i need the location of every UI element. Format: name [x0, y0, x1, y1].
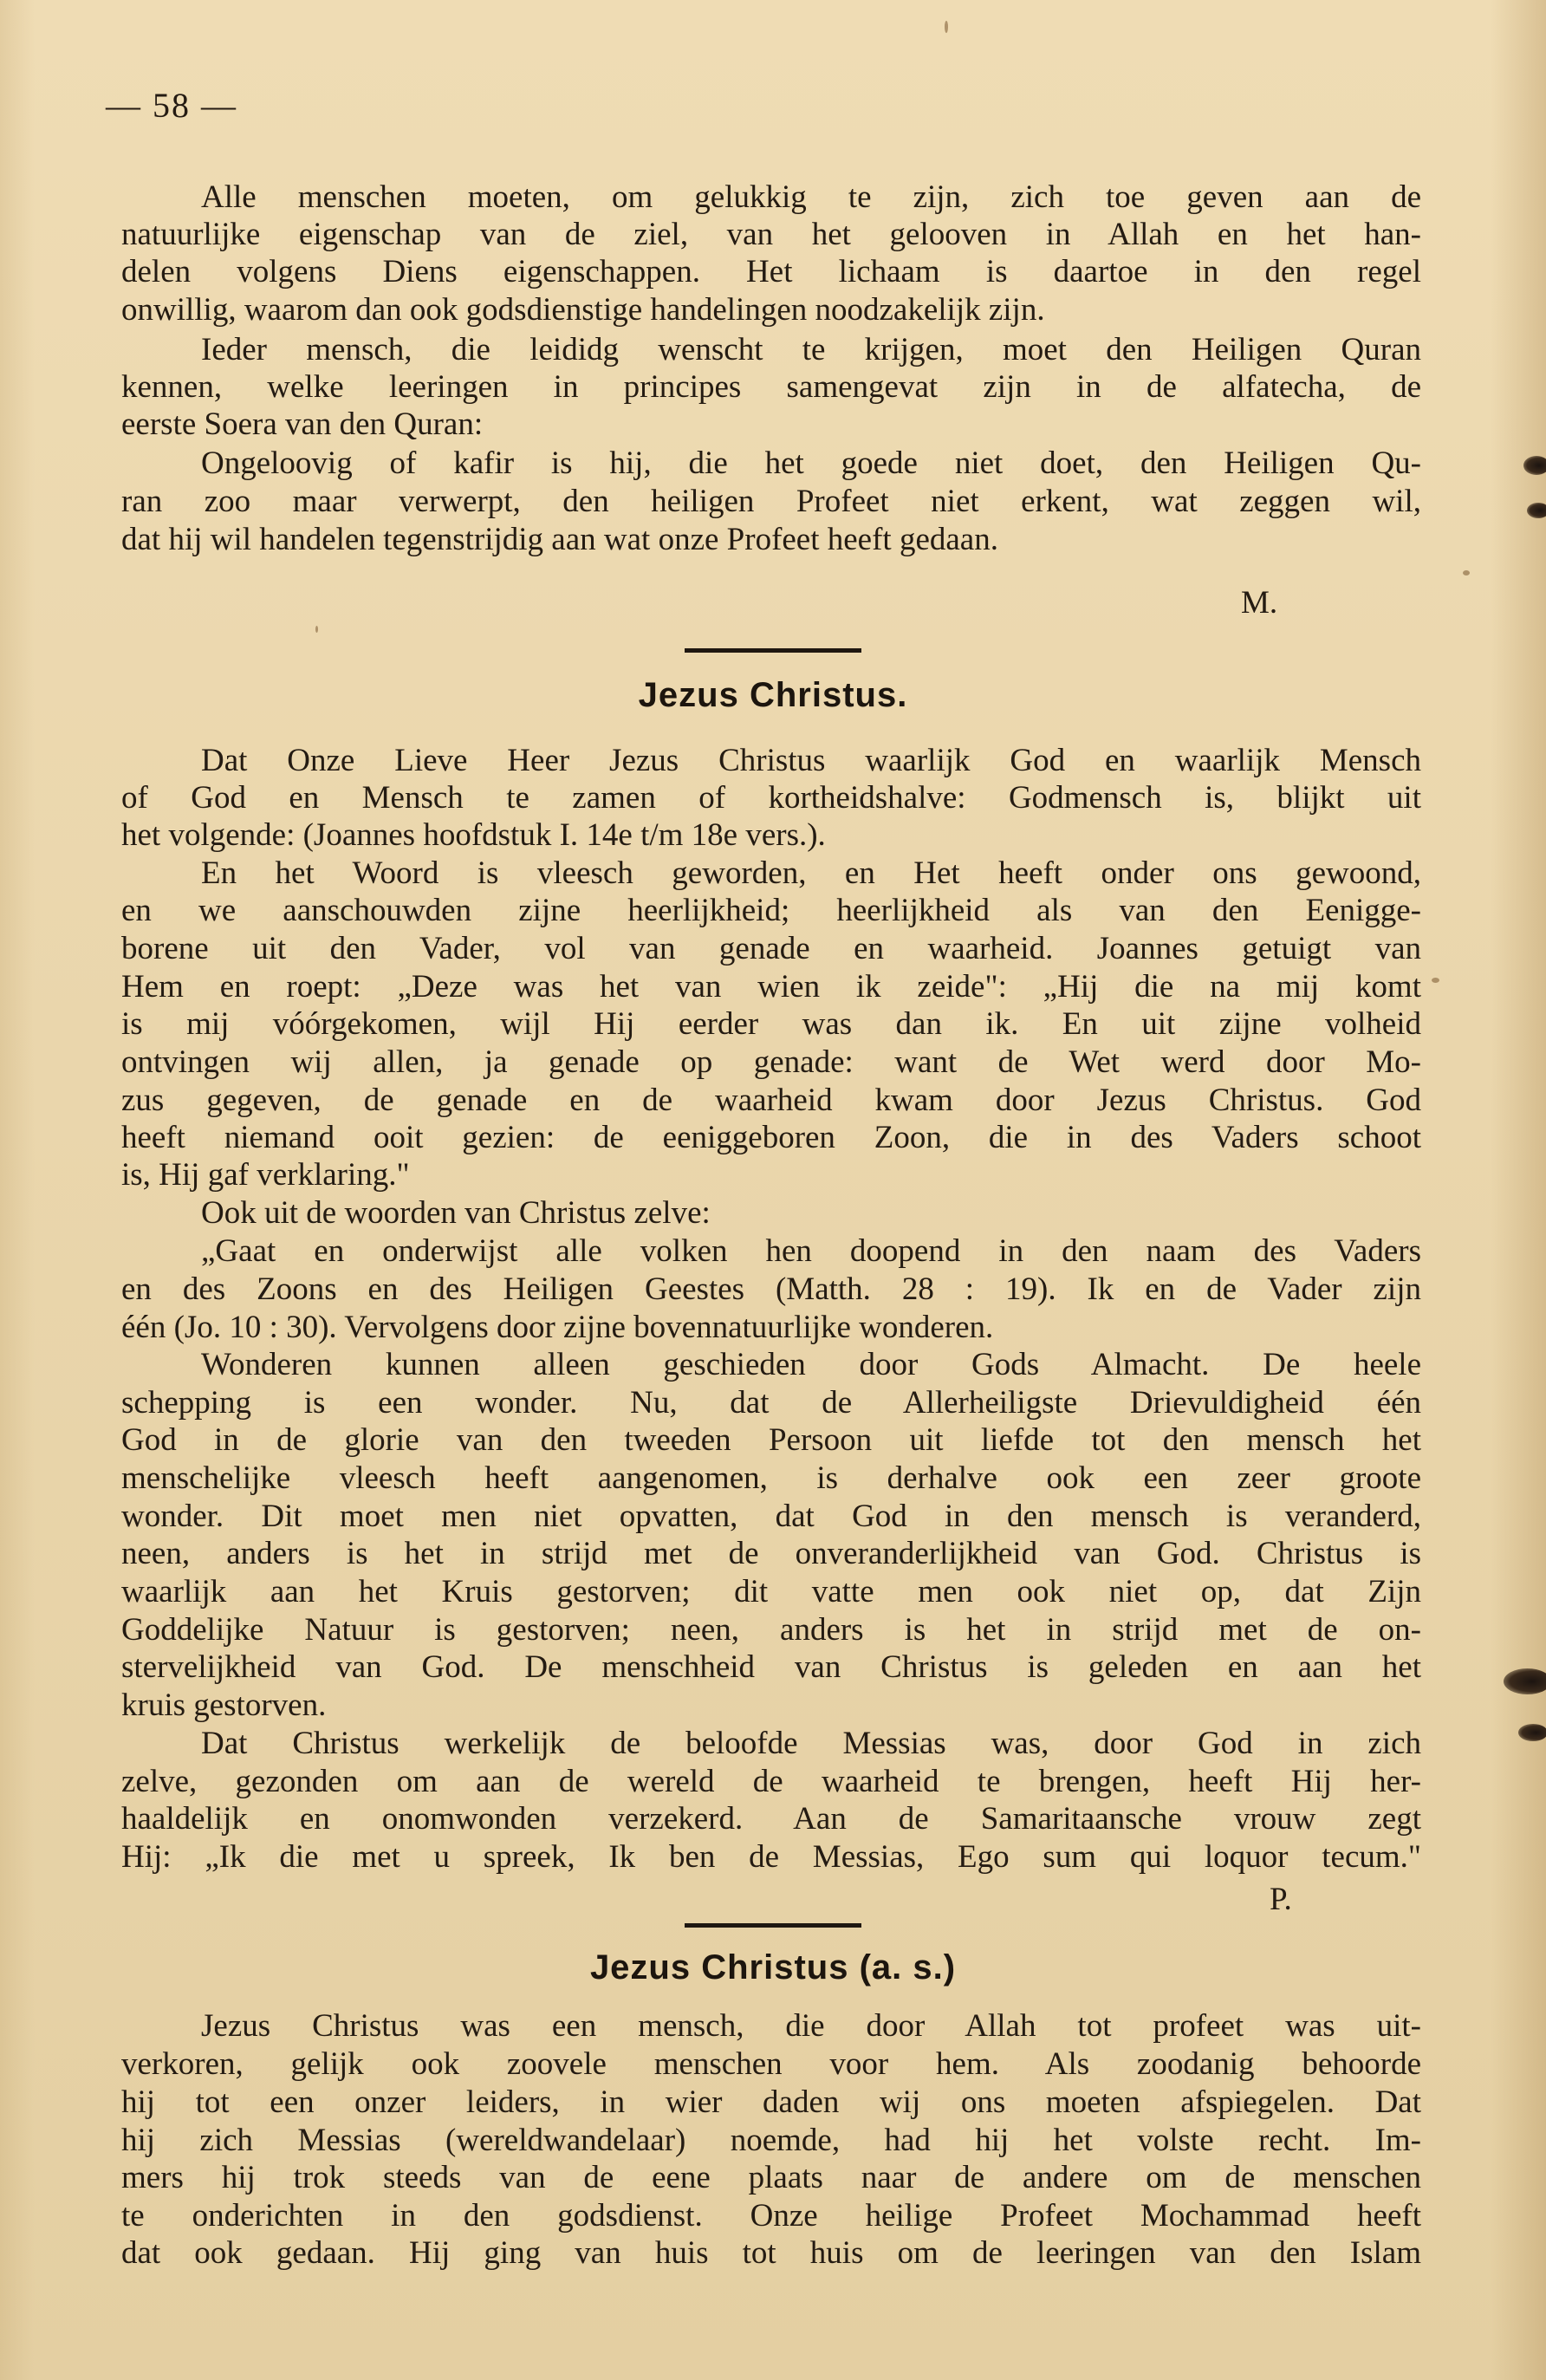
- ink-blot: [1518, 1724, 1546, 1741]
- text-line: God in de glorie van den tweeden Persoon…: [121, 1421, 1421, 1460]
- text-line: Jezus Christus was een mensch, die door …: [201, 2007, 1421, 2045]
- text-line: Goddelijke Natuur is gestorven; neen, an…: [121, 1611, 1421, 1649]
- text-line: stervelijkheid van God. De menschheid va…: [121, 1648, 1421, 1687]
- text-line: te onderichten in den godsdienst. Onze h…: [121, 2197, 1421, 2235]
- text-line: is, Hij gaf verklaring.": [121, 1156, 1421, 1194]
- text-line: waarlijk aan het Kruis gestorven; dit va…: [121, 1573, 1421, 1611]
- text-line: of God en Mensch te zamen of kortheidsha…: [121, 779, 1421, 817]
- paper-speck: [1463, 570, 1470, 575]
- text-line: En het Woord is vleesch geworden, en Het…: [201, 855, 1421, 893]
- text-line: heeft niemand ooit gezien: de eeniggebor…: [121, 1119, 1421, 1157]
- section-title: Jezus Christus (a. s.): [0, 1948, 1546, 1987]
- text-line: neen, anders is het in strijd met de onv…: [121, 1535, 1421, 1573]
- text-line: zelve, gezonden om aan de wereld de waar…: [121, 1763, 1421, 1801]
- text-line: haaldelijk en onomwonden verzekerd. Aan …: [121, 1800, 1421, 1838]
- ink-blot: [1523, 456, 1546, 475]
- text-line: ontvingen wij allen, ja genade op genade…: [121, 1044, 1421, 1082]
- author-signature-p: P.: [1270, 1881, 1292, 1918]
- text-line: delen volgens Diens eigenschappen. Het l…: [121, 253, 1421, 291]
- text-line: mers hij trok steeds van de eene plaats …: [121, 2159, 1421, 2197]
- author-signature-m: M.: [1241, 584, 1277, 621]
- text-line: dat ook gedaan. Hij ging van huis tot hu…: [121, 2234, 1421, 2273]
- text-line: Hem en roept: „Deze was het van wien ik …: [121, 968, 1421, 1006]
- text-line: Ongeloovig of kafir is hij, die het goed…: [201, 445, 1421, 483]
- text-line: Wonderen kunnen alleen geschieden door G…: [201, 1346, 1421, 1384]
- section-divider: [685, 1923, 861, 1928]
- text-line: menschelijke vleesch heeft aangenomen, i…: [121, 1460, 1421, 1498]
- text-line: wonder. Dit moet men niet opvatten, dat …: [121, 1498, 1421, 1536]
- text-line: Ieder mensch, die leididg wenscht te kri…: [201, 331, 1421, 369]
- section-title: Jezus Christus.: [0, 676, 1546, 715]
- text-line: zus gegeven, de genade en de waarheid kw…: [121, 1082, 1421, 1120]
- text-line: Dat Christus werkelijk de beloofde Messi…: [201, 1725, 1421, 1763]
- text-line: ran zoo maar verwerpt, den heiligen Prof…: [121, 483, 1421, 521]
- text-line: „Gaat en onderwijst alle volken hen doop…: [201, 1232, 1421, 1271]
- paper-speck: [945, 21, 948, 33]
- text-line: onwillig, waarom dan ook godsdienstige h…: [121, 291, 1421, 329]
- text-line: Dat Onze Lieve Heer Jezus Christus waarl…: [201, 742, 1421, 780]
- text-line: Alle menschen moeten, om gelukkig te zij…: [201, 179, 1421, 217]
- text-line: is mij vóórgekomen, wijl Hij eerder was …: [121, 1005, 1421, 1044]
- text-line: kennen, welke leeringen in principes sam…: [121, 368, 1421, 406]
- text-line: eerste Soera van den Quran:: [121, 406, 1421, 444]
- text-line: natuurlijke eigenschap van de ziel, van …: [121, 216, 1421, 254]
- paper-speck: [315, 626, 318, 633]
- ink-blot: [1504, 1668, 1546, 1694]
- text-line: hij zich Messias (wereldwandelaar) noemd…: [121, 2122, 1421, 2160]
- text-line: en des Zoons en des Heiligen Geestes (Ma…: [121, 1271, 1421, 1309]
- text-line: één (Jo. 10 : 30). Vervolgens door zijne…: [121, 1309, 1421, 1347]
- text-line: het volgende: (Joannes hoofdstuk I. 14e …: [121, 816, 1421, 855]
- text-line: dat hij wil handelen tegenstrijdig aan w…: [121, 521, 1421, 559]
- ink-blot: [1527, 503, 1546, 518]
- text-line: borene uit den Vader, vol van genade en …: [121, 930, 1421, 968]
- text-line: schepping is een wonder. Nu, dat de Alle…: [121, 1384, 1421, 1422]
- text-line: Ook uit de woorden van Christus zelve:: [201, 1194, 1421, 1232]
- section-divider: [685, 648, 861, 653]
- text-line: en we aanschouwden zijne heerlijkheid; h…: [121, 892, 1421, 930]
- text-line: hij tot een onzer leiders, in wier daden…: [121, 2084, 1421, 2122]
- text-line: Hij: „Ik die met u spreek, Ik ben de Mes…: [121, 1838, 1421, 1876]
- page-number: — 58 —: [106, 85, 237, 126]
- text-line: verkoren, gelijk ook zoovele menschen vo…: [121, 2045, 1421, 2084]
- scanned-page: — 58 — Alle menschen moeten, om gelukkig…: [0, 0, 1546, 2380]
- text-line: kruis gestorven.: [121, 1687, 1421, 1725]
- paper-speck: [1432, 978, 1439, 983]
